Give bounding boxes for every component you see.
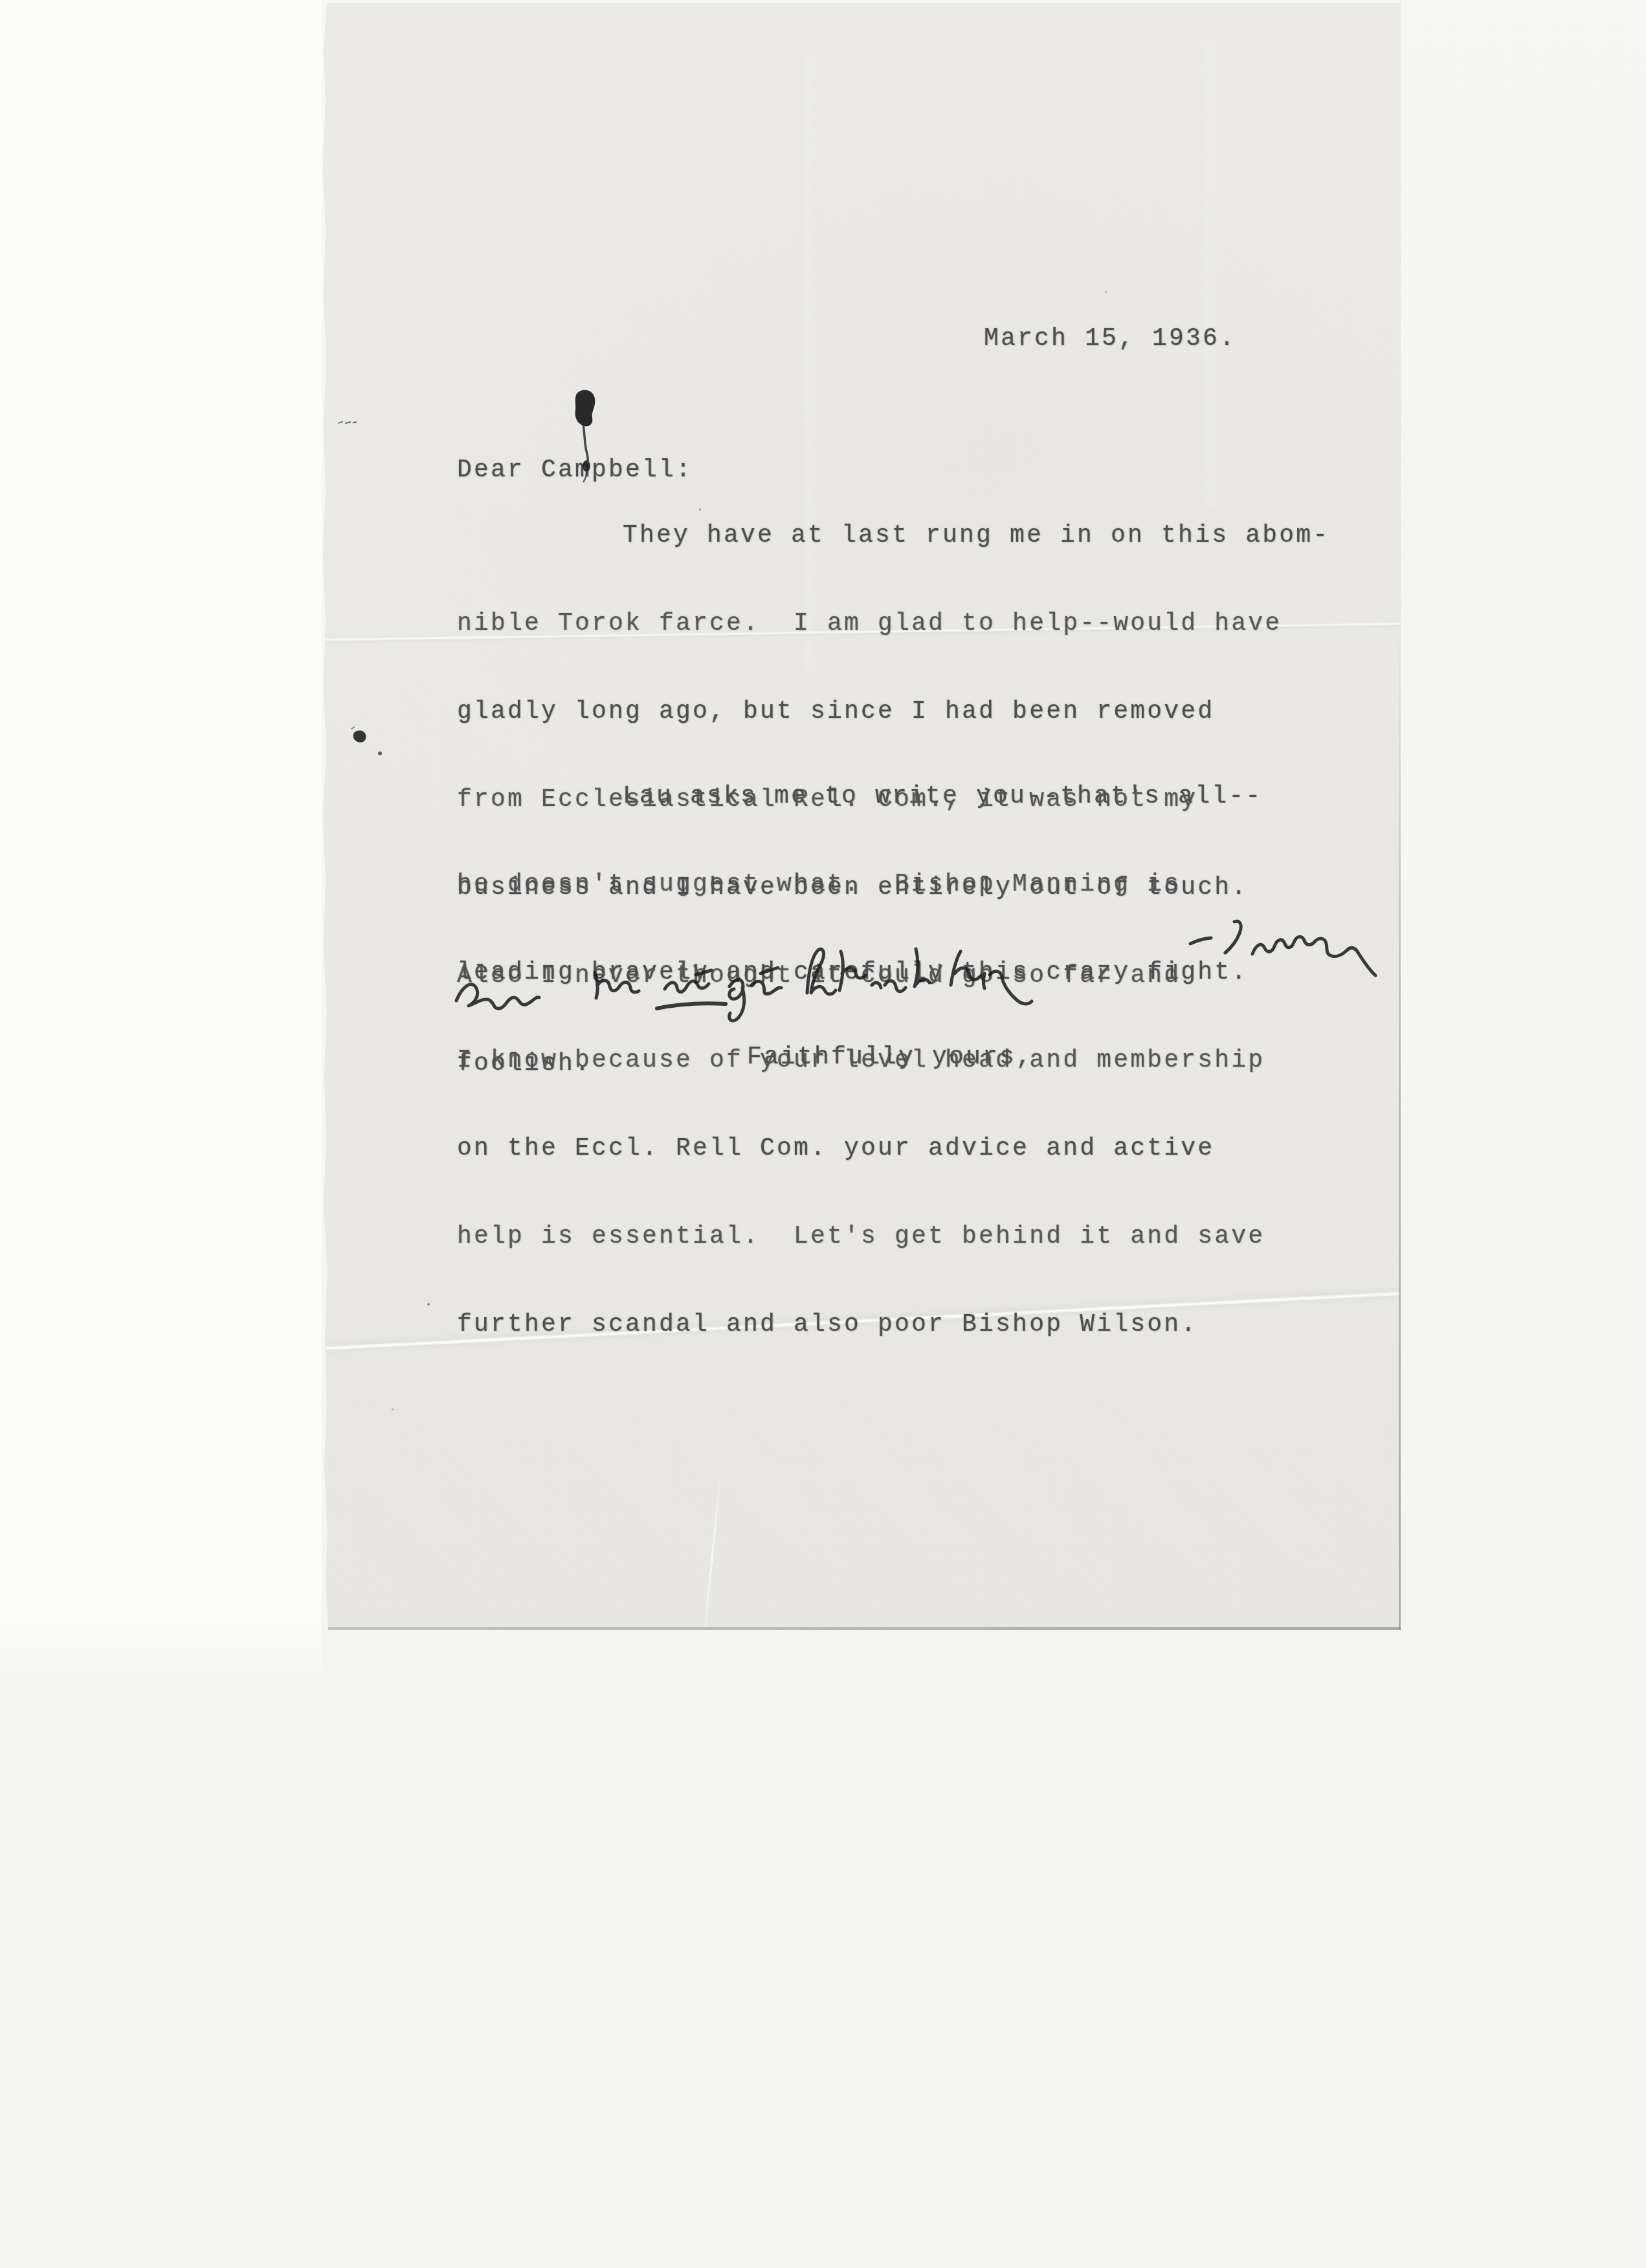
- paper-speck: [392, 1408, 394, 1410]
- scanned-letter-page: { "letter": { "date": "March 15, 1936.",…: [0, 0, 1646, 2268]
- typed-line: They have at last rung me in on this abo…: [457, 522, 1329, 554]
- letter-paper: March 15, 1936. Dear Campbell: They have…: [322, 3, 1401, 1630]
- paper-speck: [699, 508, 701, 511]
- ink-blot: [555, 382, 613, 485]
- ink-spot-shape: [348, 725, 393, 761]
- ink-blot-shape: [555, 382, 613, 485]
- paper-edge-shadow-bottom: [322, 1627, 1401, 1630]
- scanner-background-left: [0, 0, 322, 1696]
- closing-text: Faithfully yours,: [747, 1043, 1033, 1076]
- fold-crease-bottom-diagonal: [704, 1465, 722, 1629]
- paper-speck: [427, 1303, 430, 1306]
- ink-spot: [348, 725, 393, 761]
- letter-date: March 15, 1936.: [984, 269, 1236, 413]
- handwritten-annotation: - I mean save him not get behind him: [438, 909, 1401, 1038]
- typed-line: nible Torok farce. I am glad to help--wo…: [457, 610, 1329, 642]
- margin-scribble-shape: [337, 417, 359, 428]
- date-text: March 15, 1936.: [984, 325, 1236, 357]
- handwriting-strokes: [438, 909, 1401, 1038]
- paper-speck: [1105, 291, 1107, 293]
- typed-line: on the Eccl. Rell Com. your advice and a…: [457, 1135, 1265, 1167]
- margin-pen-scribble: [337, 417, 359, 428]
- typed-line: further scandal and also poor Bishop Wil…: [457, 1311, 1265, 1343]
- typed-line: help is essential. Let's get behind it a…: [457, 1223, 1265, 1255]
- typed-line: he doesn't suggest what. Bishop Manning …: [457, 871, 1265, 903]
- typed-line: gladly long ago, but since I had been re…: [457, 698, 1329, 730]
- paper-edge-shadow-right: [1399, 621, 1401, 1630]
- typed-line: Lau asks me to write you--that's all--: [457, 783, 1265, 815]
